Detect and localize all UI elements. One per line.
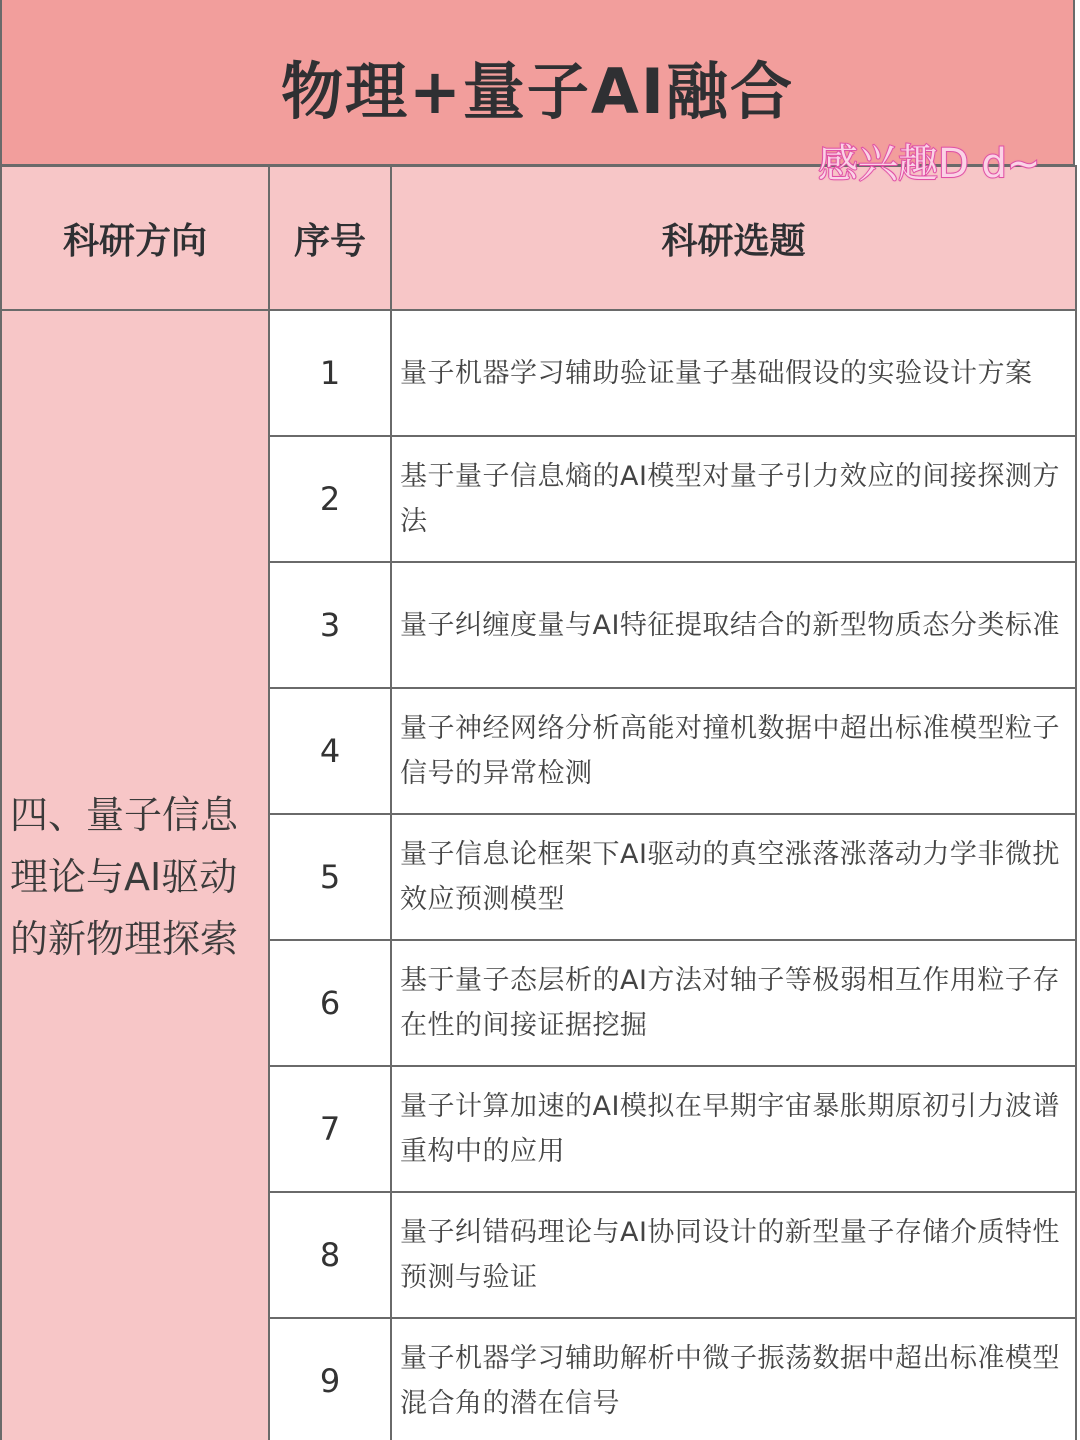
row-number: 1 bbox=[269, 310, 391, 436]
row-topic: 量子纠缠度量与AI特征提取结合的新型物质态分类标准 bbox=[391, 562, 1076, 688]
row-topic: 量子机器学习辅助验证量子基础假设的实验设计方案 bbox=[391, 310, 1076, 436]
row-number: 2 bbox=[269, 436, 391, 562]
header-direction: 科研方向 bbox=[1, 166, 269, 310]
direction-cell: 四、量子信息理论与AI驱动的新物理探索 bbox=[1, 310, 269, 1440]
row-number: 5 bbox=[269, 814, 391, 940]
row-number: 6 bbox=[269, 940, 391, 1066]
row-number: 8 bbox=[269, 1192, 391, 1318]
row-topic: 量子神经网络分析高能对撞机数据中超出标准模型粒子信号的异常检测 bbox=[391, 688, 1076, 814]
row-number: 3 bbox=[269, 562, 391, 688]
row-topic: 量子机器学习辅助解析中微子振荡数据中超出标准模型混合角的潜在信号 bbox=[391, 1318, 1076, 1440]
table-row: 四、量子信息理论与AI驱动的新物理探索 1 量子机器学习辅助验证量子基础假设的实… bbox=[1, 310, 1076, 436]
page-title: 物理+量子AI融合 bbox=[2, 42, 1073, 131]
row-topic: 量子计算加速的AI模拟在早期宇宙暴胀期原初引力波谱重构中的应用 bbox=[391, 1066, 1076, 1192]
row-number: 4 bbox=[269, 688, 391, 814]
row-number: 9 bbox=[269, 1318, 391, 1440]
row-topic: 基于量子态层析的AI方法对轴子等极弱相互作用粒子存在性的间接证据挖掘 bbox=[391, 940, 1076, 1066]
row-topic: 量子纠错码理论与AI协同设计的新型量子存储介质特性预测与验证 bbox=[391, 1192, 1076, 1318]
row-topic: 量子信息论框架下AI驱动的真空涨落涨落动力学非微扰效应预测模型 bbox=[391, 814, 1076, 940]
header-number: 序号 bbox=[269, 166, 391, 310]
row-topic: 基于量子信息熵的AI模型对量子引力效应的间接探测方法 bbox=[391, 436, 1076, 562]
row-number: 7 bbox=[269, 1066, 391, 1192]
watermark: 感兴趣D d~ bbox=[818, 132, 1040, 189]
topics-table: 科研方向 序号 科研选题 四、量子信息理论与AI驱动的新物理探索 1 量子机器学… bbox=[0, 165, 1077, 1440]
